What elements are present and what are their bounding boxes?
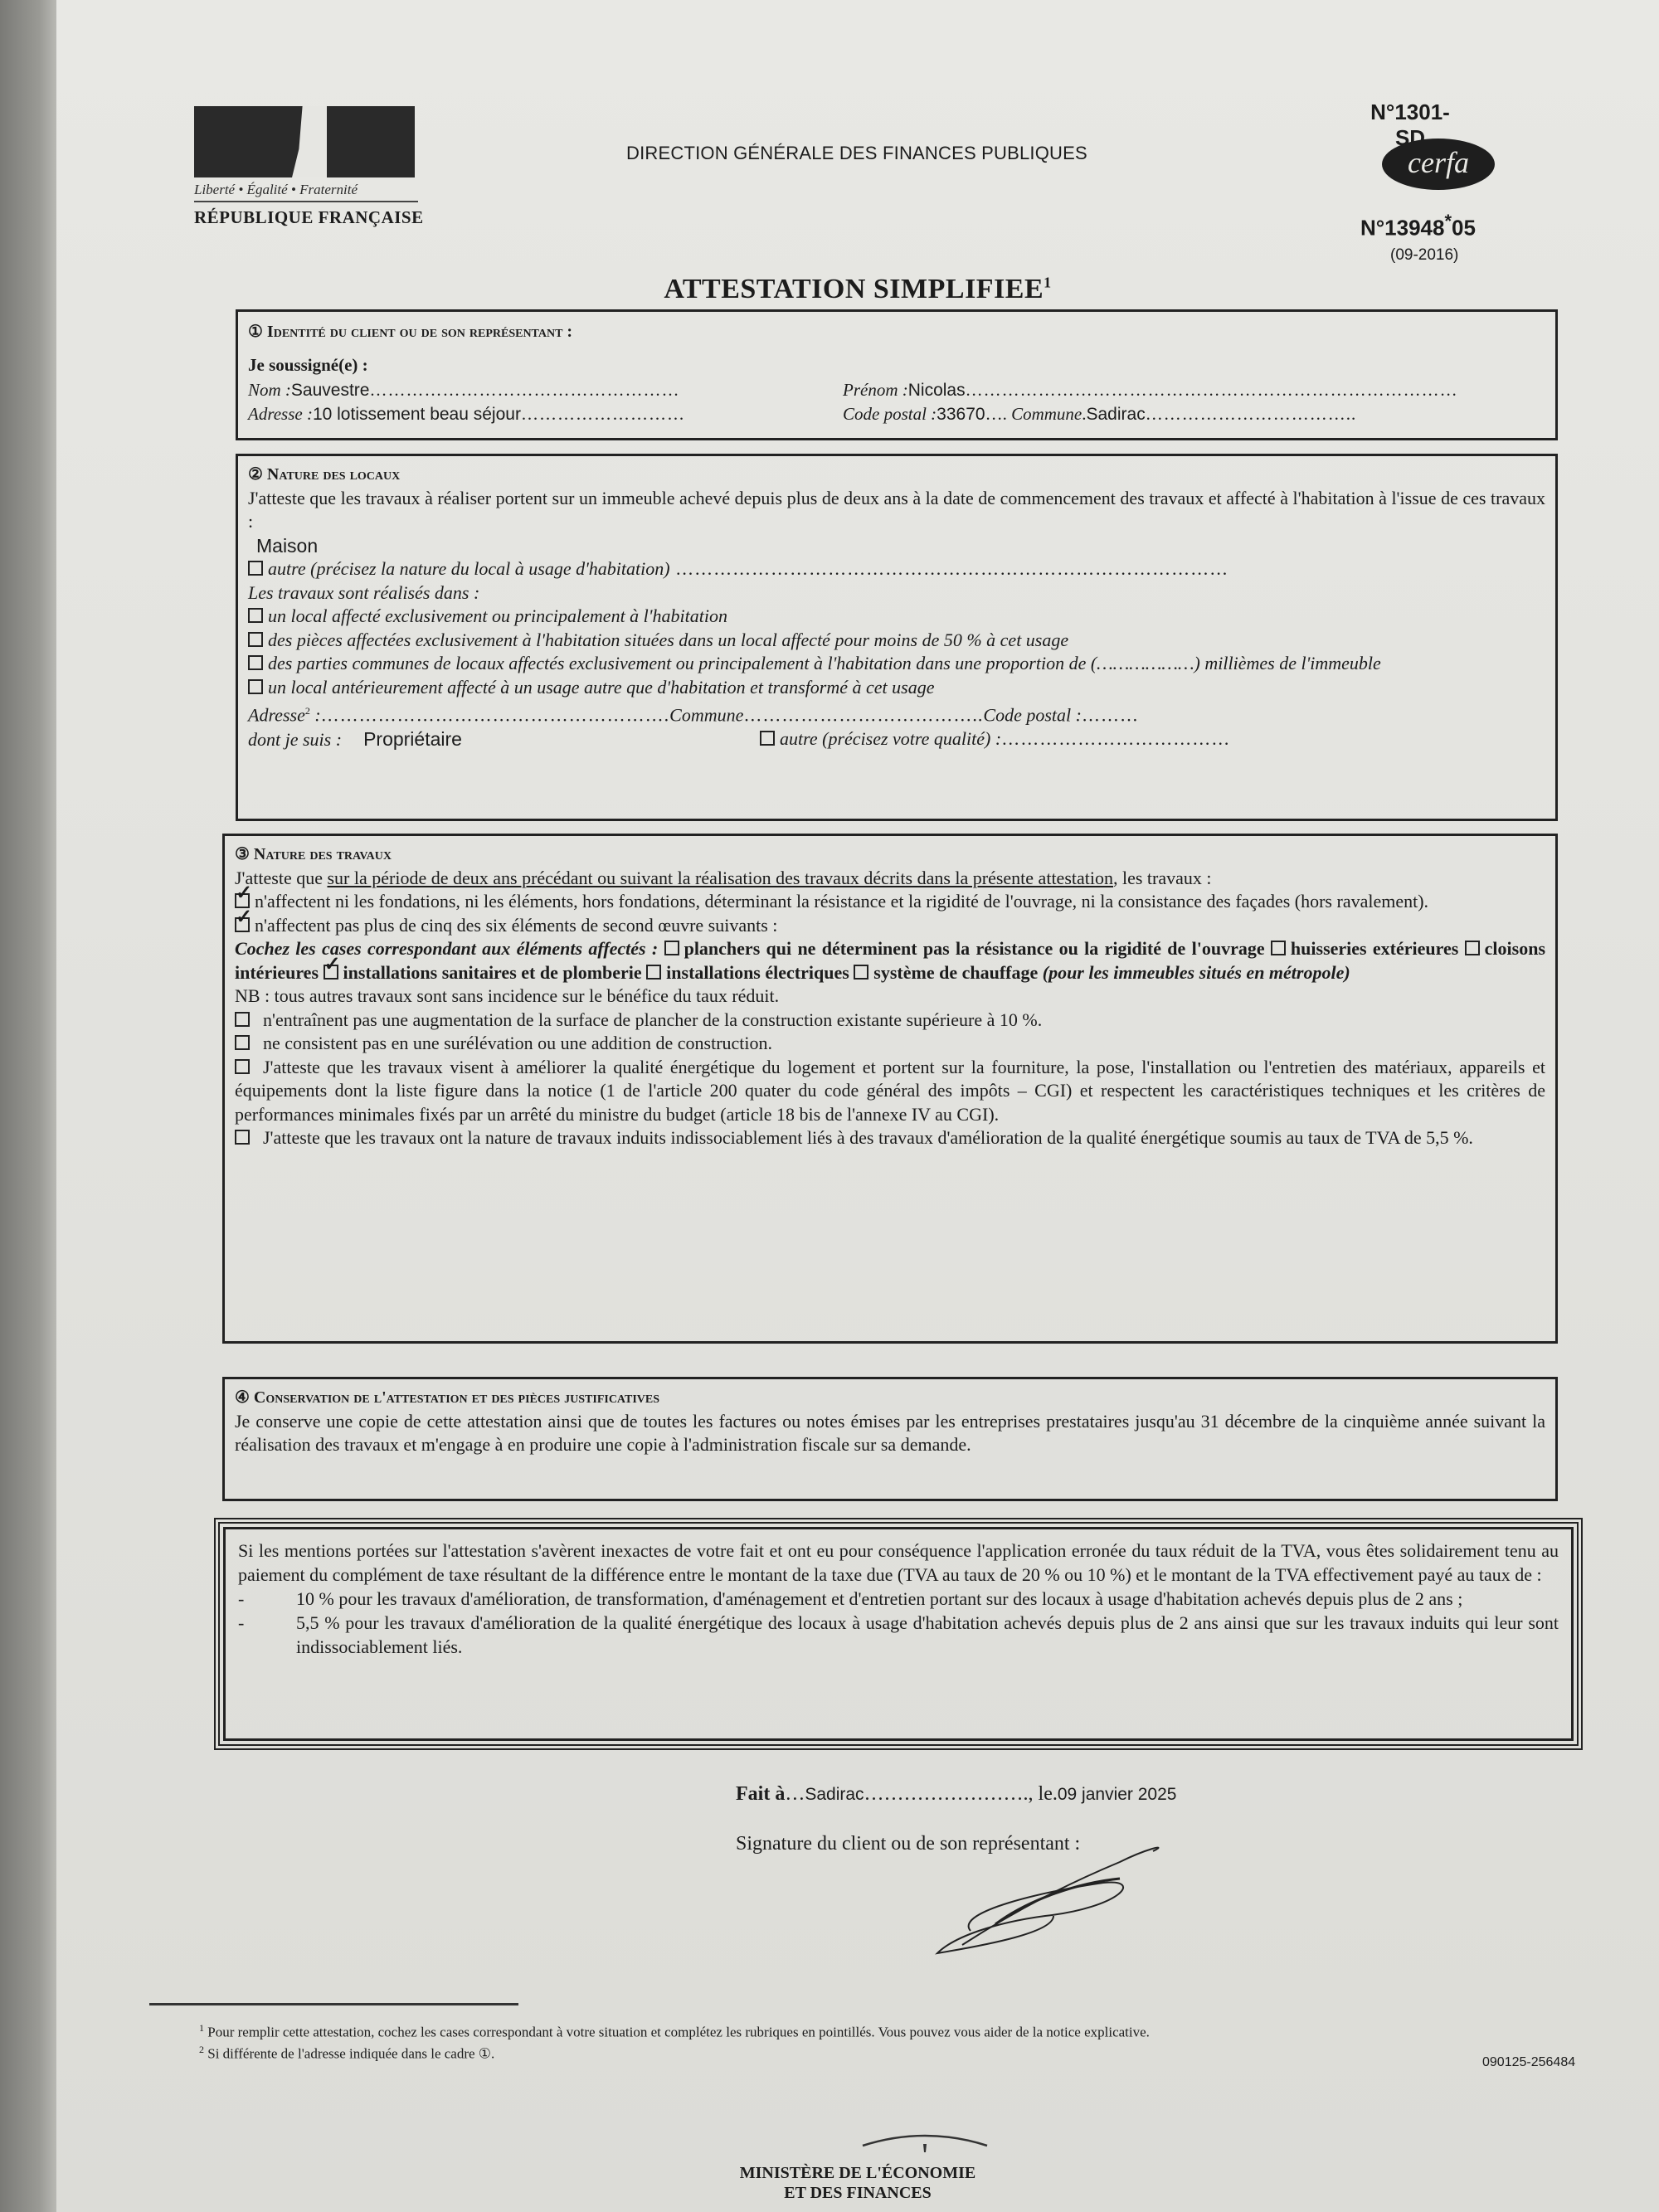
intro-text: Je soussigné(e) : [248, 352, 1545, 378]
section-nature-locaux: ② Nature des locaux J'atteste que les tr… [236, 454, 1558, 821]
checkbox-travaux-item[interactable] [235, 1130, 250, 1145]
fait-line: Fait à…Sadirac……………………., le.09 janvier 2… [736, 1783, 1176, 1806]
travaux-item[interactable]: J'atteste que les travaux visent à améli… [235, 1056, 1545, 1127]
section-identity: ① Identité du client ou de son représent… [236, 309, 1558, 440]
checkbox-element[interactable] [324, 965, 338, 980]
travaux-item[interactable]: n'entraînent pas une augmentation de la … [235, 1009, 1545, 1033]
checkbox-element[interactable] [1465, 941, 1480, 955]
warning-bullets: -10 % pour les travaux d'amélioration, d… [238, 1587, 1559, 1659]
footnote-2: 2 Si différente de l'adresse indiquée da… [199, 2044, 494, 2063]
ministry-emblem-icon [854, 2127, 995, 2152]
travaux-item[interactable]: J'atteste que les travaux ont la nature … [235, 1126, 1545, 1150]
republic-name: RÉPUBLIQUE FRANÇAISE [194, 207, 424, 228]
nature-value[interactable]: Maison [248, 534, 1545, 558]
checkbox-travaux-item[interactable] [235, 1059, 250, 1074]
cerfa-date: (09-2016) [1390, 246, 1458, 265]
directorate-title: DIRECTION GÉNÉRALE DES FINANCES PUBLIQUE… [626, 143, 1087, 164]
autre-qualite-option[interactable]: autre (précisez votre qualité) :……………………… [760, 727, 1230, 752]
item-fondations[interactable]: n'affectent ni les fondations, ni les él… [235, 890, 1545, 914]
element-option[interactable]: installations sanitaires et de plomberie [324, 962, 642, 983]
checkbox-element[interactable] [646, 965, 661, 980]
prenom-value[interactable]: Nicolas [908, 381, 966, 400]
section-heading: ④ Conservation de l'attestation et des p… [235, 1386, 1545, 1410]
autre-option[interactable]: autre (précisez la nature du local à usa… [248, 557, 1545, 581]
warning-bullet: -10 % pour les travaux d'amélioration, d… [238, 1587, 1559, 1611]
checkbox-local-option[interactable] [248, 655, 263, 670]
cerfa-logo-icon: cerfa [1382, 139, 1495, 190]
section-conservation: ④ Conservation de l'attestation et des p… [222, 1377, 1558, 1501]
checkbox-second-oeuvre[interactable] [235, 917, 250, 932]
adresse-field[interactable]: Adresse :10 lotissement beau séjour……………… [248, 402, 843, 426]
signature-drawing[interactable] [921, 1833, 1219, 1957]
fait-lieu-value[interactable]: Sadirac [805, 1785, 864, 1804]
commune-value[interactable]: Sadirac [1087, 405, 1146, 424]
dont-line: dont je suis :Propriétaire autre (précis… [248, 727, 1545, 752]
footnote-divider [149, 2003, 518, 2005]
code-postal-input[interactable]: ……… [1082, 704, 1139, 725]
checkbox-element[interactable] [664, 941, 679, 955]
adresse-line: Adresse2 :……………………………………………….Commune…………… [248, 699, 1545, 727]
checkbox-autre[interactable] [248, 561, 263, 576]
conservation-text: Je conserve une copie de cette attestati… [235, 1410, 1545, 1457]
element-option[interactable]: installations électriques [646, 962, 849, 983]
qualite-value[interactable]: Propriétaire [363, 728, 462, 750]
prenom-field[interactable]: Prénom :Nicolas…………………………………………………………………… [843, 378, 1458, 402]
nb-note: NB : tous autres travaux sont sans incid… [235, 984, 1545, 1009]
code-postal-value[interactable]: 33670 [937, 405, 985, 424]
travaux-label: Les travaux sont réalisés dans : [248, 581, 1545, 605]
local-option[interactable]: un local antérieurement affecté à un usa… [248, 676, 1545, 700]
nom-field[interactable]: Nom :Sauvestre…………………………………………… [248, 378, 843, 402]
local-option[interactable]: des parties communes de locaux affectés … [248, 652, 1545, 676]
checkbox-local-option[interactable] [248, 632, 263, 647]
section-nature-travaux: ③ Nature des travaux J'atteste que sur l… [222, 834, 1558, 1344]
element-option[interactable]: huisseries extérieures [1271, 938, 1458, 959]
republic-motto: Liberté • Égalité • Fraternité [194, 182, 418, 202]
warning-box: Si les mentions portées sur l'attestatio… [214, 1518, 1583, 1750]
item-second-oeuvre[interactable]: n'affectent pas plus de cinq des six élé… [235, 914, 1545, 938]
warning-text: Si les mentions portées sur l'attestatio… [238, 1539, 1559, 1587]
travaux-item[interactable]: ne consistent pas en une surélévation ou… [235, 1032, 1545, 1056]
document-code: 090125-256484 [1482, 2055, 1575, 2070]
adresse-value[interactable]: 10 lotissement beau séjour [313, 405, 521, 424]
fait-date-value[interactable]: 09 janvier 2025 [1058, 1785, 1177, 1804]
background-edge [0, 0, 56, 2212]
nom-value[interactable]: Sauvestre [291, 381, 370, 400]
section-heading: ③ Nature des travaux [235, 843, 1545, 867]
checkbox-travaux-item[interactable] [235, 1012, 250, 1027]
second-oeuvre-elements: Cochez les cases correspondant aux éléme… [235, 937, 1545, 984]
checkbox-local-option[interactable] [248, 679, 263, 694]
local-option[interactable]: un local affecté exclusivement ou princi… [248, 605, 1545, 629]
document-title: ATTESTATION SIMPLIFIEE1 [56, 274, 1659, 305]
marianne-logo [194, 106, 415, 177]
intro-text: J'atteste que les travaux à réaliser por… [248, 487, 1545, 534]
adresse-input[interactable]: ………………………………………………. [321, 704, 670, 725]
code-postal-field[interactable]: Code postal :33670…. Commune.Sadirac…………… [843, 402, 1356, 426]
local-option[interactable]: des pièces affectées exclusivement à l'h… [248, 629, 1545, 653]
footnote-1: 1 Pour remplir cette attestation, cochez… [199, 2022, 1150, 2041]
intro-text: J'atteste que sur la période de deux ans… [235, 867, 1545, 891]
checkbox-element[interactable] [1271, 941, 1286, 955]
warning-bullet: -5,5 % pour les travaux d'amélioration d… [238, 1611, 1559, 1659]
ministry-name: MINISTÈRE DE L'ÉCONOMIEET DES FINANCES [56, 2163, 1659, 2203]
cerfa-number: N°13948*05 [1360, 211, 1476, 241]
section-heading: ① Identité du client ou de son représent… [248, 318, 1545, 345]
section-heading: ② Nature des locaux [248, 463, 1545, 487]
checkbox-element[interactable] [854, 965, 868, 980]
checkbox-travaux-item[interactable] [235, 1035, 250, 1050]
commune-input[interactable]: ……………………………….. [743, 704, 983, 725]
element-option[interactable]: système de chauffage (pour les immeubles… [854, 962, 1350, 983]
local-options-list: un local affecté exclusivement ou princi… [248, 605, 1545, 699]
checkbox-local-option[interactable] [248, 608, 263, 623]
element-option[interactable]: planchers qui ne déterminent pas la rési… [664, 938, 1265, 959]
travaux-items-list: n'entraînent pas une augmentation de la … [235, 1009, 1545, 1150]
checkbox-autre-qualite[interactable] [760, 731, 775, 746]
